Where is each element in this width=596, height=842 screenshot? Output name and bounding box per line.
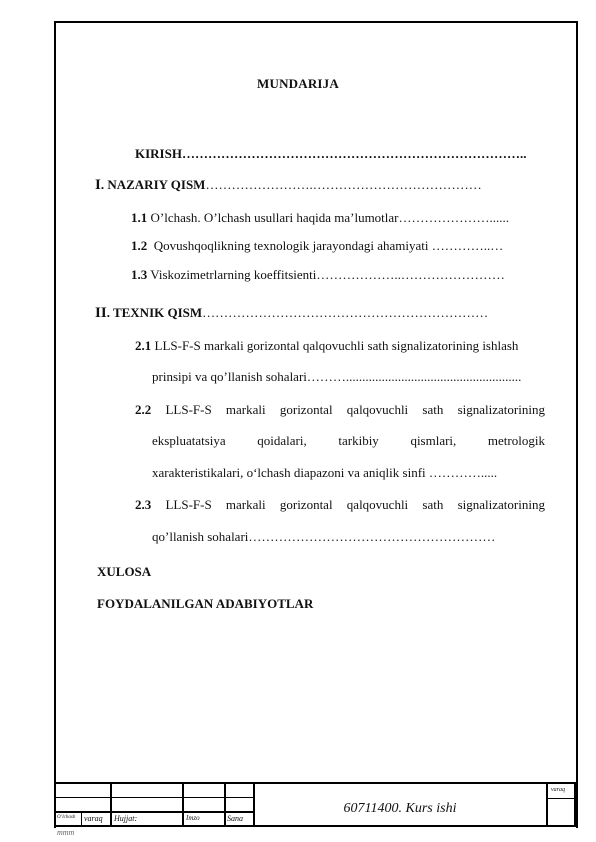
toc-leader: …………………...... — [399, 210, 510, 225]
stamp-below-label: mmm — [57, 828, 74, 837]
toc-entry-part-2[interactable]: II. TEXNIK QISM………………………………………………………… — [95, 305, 488, 322]
toc-label: KIRISH — [135, 146, 182, 161]
toc-word: qoidalari, — [257, 433, 306, 449]
toc-leader: ………………………………………………………… — [202, 305, 488, 320]
toc-entry-kirish[interactable]: KIRISH…………………………………………………………………….. — [135, 146, 526, 162]
toc-label: . NAZARIY QISM — [101, 177, 206, 192]
stamp-divider — [110, 784, 112, 825]
toc-entry-part-1[interactable]: I. NAZARIY QISM…………………….………………………………… — [95, 177, 482, 194]
toc-leader: …………………………………………………………………….. — [182, 146, 527, 161]
toc-word: signalizatorining — [458, 402, 545, 418]
toc-entry-2-2-line-1[interactable]: 2.2 LLS-F-S markali gorizontal qalqovuch… — [135, 402, 545, 418]
stamp-label-hujjat: Hujjat: — [114, 814, 137, 823]
toc-text: O’lchash. O’lchash usullari haqida ma’lu… — [147, 210, 398, 225]
title-block-stamp: O’lchash varaq Hujjat: Imzo Sana 6071140… — [54, 782, 576, 827]
toc-leader: ………………..…………………… — [316, 267, 505, 282]
toc-number: 1.2 — [131, 238, 147, 253]
toc-number: 2.3 — [135, 497, 151, 513]
toc-entry-2-2-line-3[interactable]: xarakteristikalari, o‘lchash diapazoni v… — [152, 465, 497, 481]
toc-text: xarakteristikalari, o‘lchash diapazoni v… — [152, 465, 426, 480]
stamp-divider — [574, 784, 576, 825]
stamp-row-line — [54, 797, 253, 798]
toc-text: Viskozimetrlarning koeffitsienti — [147, 267, 316, 282]
toc-leader: ……….....................................… — [307, 369, 522, 384]
toc-word: signalizatorining — [458, 497, 545, 513]
toc-number: 2.2 — [135, 402, 151, 418]
toc-word: qalqovuchli — [347, 497, 408, 513]
toc-entry-1-2[interactable]: 1.2 Qovushqoqlikning texnologik jarayond… — [131, 238, 503, 254]
toc-leader: …………………….………………………………… — [205, 177, 481, 192]
stamp-divider — [54, 784, 56, 825]
toc-entry-xulosa[interactable]: XULOSA — [97, 564, 151, 580]
toc-word: gorizontal — [280, 497, 333, 513]
toc-entry-2-1-line-1[interactable]: 2.1 LLS-F-S markali gorizontal qalqovuch… — [135, 338, 518, 354]
toc-entry-adabiyotlar[interactable]: FOYDALANILGAN ADABIYOTLAR — [97, 596, 313, 612]
stamp-row-line — [54, 811, 253, 813]
toc-entry-2-2-line-2[interactable]: ekspluatatsiya qoidalari, tarkibiy qisml… — [152, 433, 545, 449]
stamp-divider — [182, 784, 184, 825]
toc-word: LLS-F-S — [165, 497, 211, 513]
toc-entry-2-1-line-2[interactable]: prinsipi va qo’llanish sohalari………......… — [152, 369, 521, 385]
toc-word: markali — [226, 497, 266, 513]
stamp-divider — [546, 784, 548, 825]
stamp-label-imzo: Imzo — [186, 814, 200, 822]
toc-word: qalqovuchli — [347, 402, 408, 418]
stamp-label-varaq: varaq — [84, 814, 103, 823]
toc-word: sath — [422, 497, 443, 513]
toc-leader: …………..... — [426, 465, 498, 480]
toc-entry-2-3-line-2[interactable]: qo’llanish sohalari………………………………………………… — [152, 529, 495, 545]
toc-word: metrologik — [488, 433, 545, 449]
toc-word: markali — [226, 402, 266, 418]
stamp-label-sheet: varaq — [551, 787, 565, 793]
toc-leader: …………..… — [429, 238, 504, 253]
toc-word: qismlari, — [410, 433, 456, 449]
toc-text: Qovushqoqlikning texnologik jarayondagi … — [147, 238, 428, 253]
toc-word: gorizontal — [280, 402, 333, 418]
stamp-divider — [224, 784, 226, 825]
toc-entry-1-1[interactable]: 1.1 O’lchash. O’lchash usullari haqida m… — [131, 210, 509, 226]
stamp-label-olchash: O’lchash — [57, 815, 75, 820]
toc-text: qo’llanish sohalari — [152, 529, 248, 544]
toc-entry-1-3[interactable]: 1.3 Viskozimetrlarning koeffitsienti…………… — [131, 267, 505, 283]
toc-number: 2.1 — [135, 338, 151, 353]
toc-label: FOYDALANILGAN ADABIYOTLAR — [97, 596, 313, 611]
toc-label: XULOSA — [97, 564, 151, 579]
toc-word: tarkibiy — [338, 433, 378, 449]
toc-number: 1.1 — [131, 210, 147, 225]
toc-text: prinsipi va qo’llanish sohalari — [152, 369, 307, 384]
toc-text: LLS-F-S markali gorizontal qalqovuchli s… — [151, 338, 518, 353]
stamp-divider — [81, 812, 82, 825]
toc-numeral: II — [95, 305, 107, 321]
stamp-row-line — [546, 798, 574, 799]
toc-word: sath — [422, 402, 443, 418]
toc-word: LLS-F-S — [165, 402, 211, 418]
stamp-label-sana: Sana — [227, 814, 243, 823]
toc-label: . TEXNIK QISM — [107, 305, 202, 320]
page-title: MUNDARIJA — [0, 76, 596, 92]
toc-leader: ………………………………………………… — [248, 529, 495, 544]
page-frame — [54, 21, 578, 828]
toc-number: 1.3 — [131, 267, 147, 282]
document-code: 60711400. Kurs ishi — [254, 801, 546, 817]
toc-entry-2-3-line-1[interactable]: 2.3 LLS-F-S markali gorizontal qalqovuch… — [135, 497, 545, 513]
toc-word: ekspluatatsiya — [152, 433, 226, 449]
